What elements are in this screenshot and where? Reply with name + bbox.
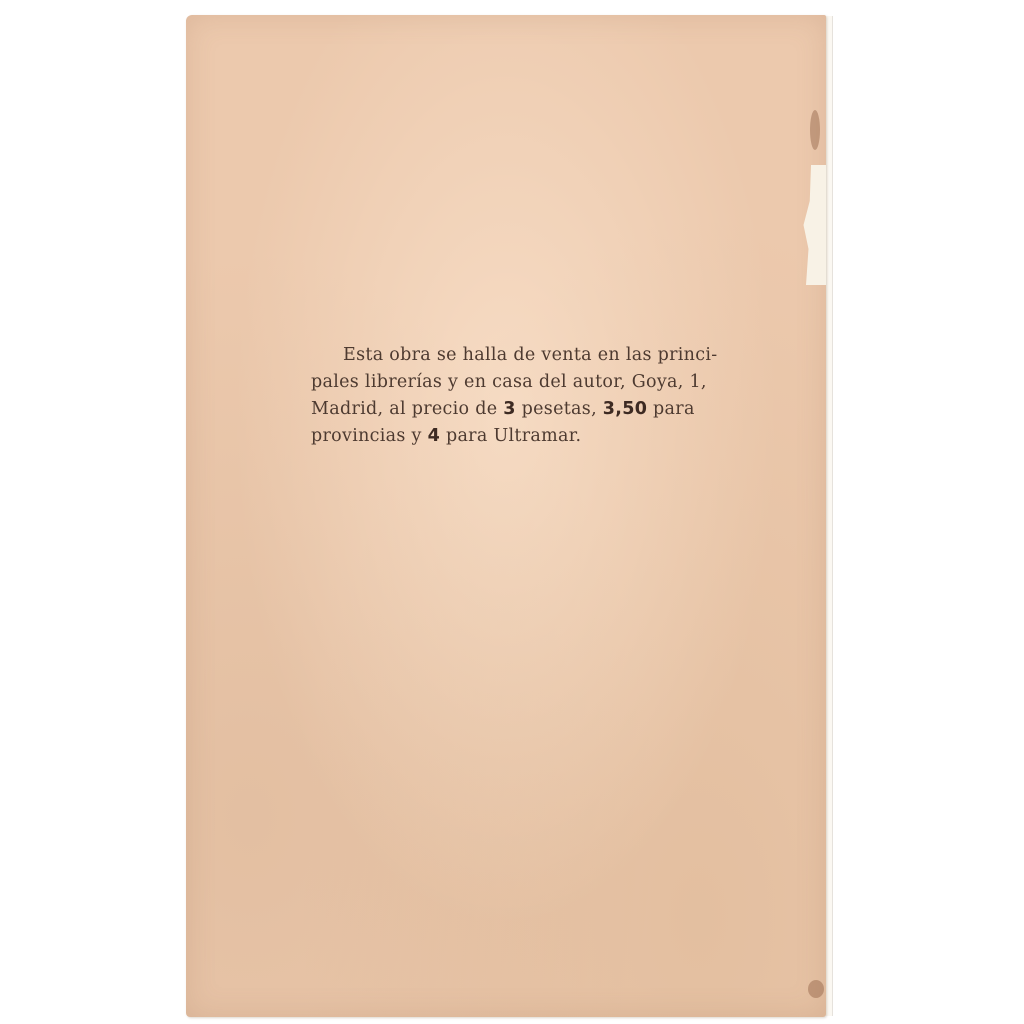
- stain: [808, 980, 824, 998]
- stain: [810, 110, 820, 150]
- notice-text: para Ultramar.: [440, 426, 581, 446]
- notice-line-2: pales librerías y en casa del autor, Goy…: [311, 369, 796, 396]
- notice-text: Esta obra se halla de venta en las princ…: [343, 345, 717, 365]
- notice-line-4: provincias y 4 para Ultramar.: [311, 423, 796, 450]
- notice-text: pales librerías y en casa del autor, Goy…: [311, 372, 707, 392]
- notice-text: pesetas,: [516, 399, 603, 419]
- notice-text: provincias y: [311, 426, 428, 446]
- torn-edge: [801, 165, 826, 285]
- book-back-cover: [186, 15, 826, 1017]
- notice-text: para: [647, 399, 695, 419]
- price-ultramar: 4: [428, 426, 440, 446]
- notice-text: Madrid, al precio de: [311, 399, 503, 419]
- sale-notice: Esta obra se halla de venta en las princ…: [311, 342, 796, 450]
- price-madrid: 3: [503, 399, 515, 419]
- notice-line-3: Madrid, al precio de 3 pesetas, 3,50 par…: [311, 396, 796, 423]
- price-provincias: 3,50: [603, 399, 647, 419]
- notice-line-1: Esta obra se halla de venta en las princ…: [311, 342, 796, 369]
